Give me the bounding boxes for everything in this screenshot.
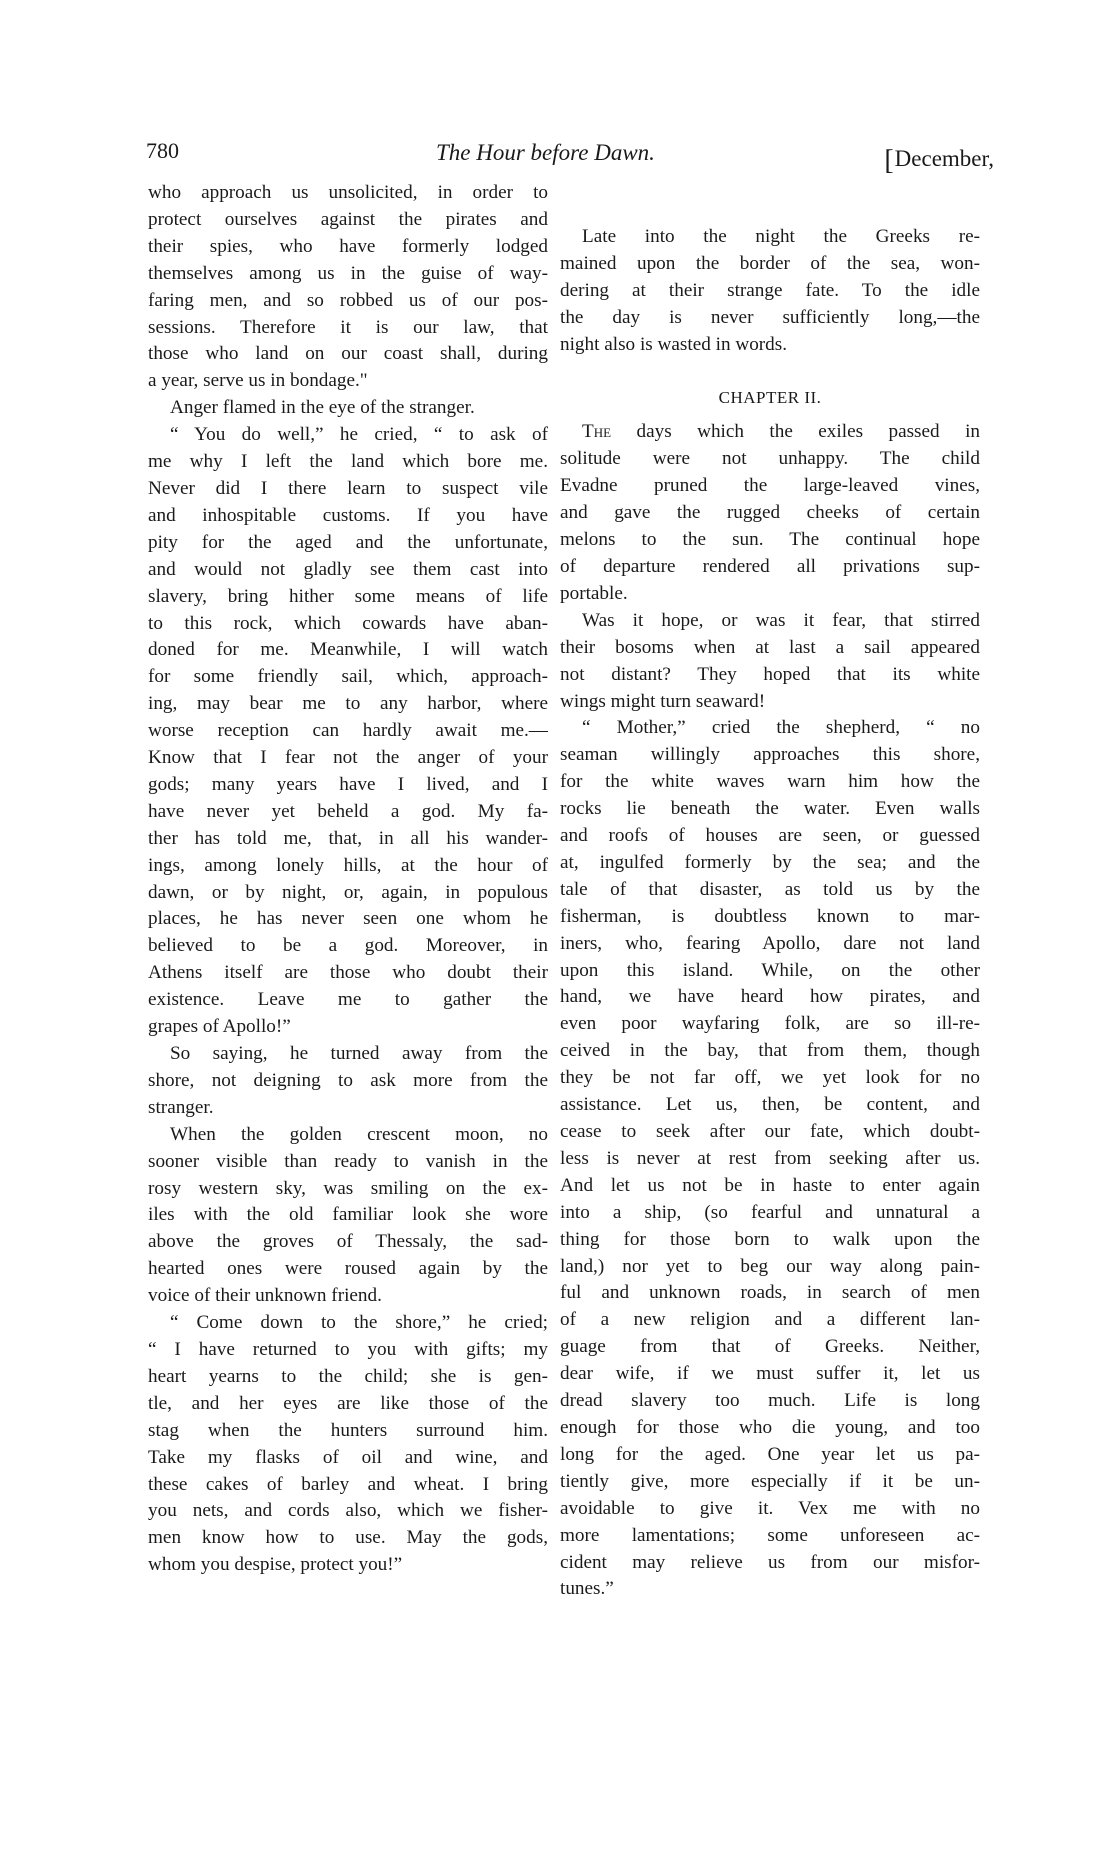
text-line: guage from that of Greeks. Neither,: [560, 1334, 980, 1361]
chapter-2-body: The days which the exiles passed insolit…: [560, 419, 980, 1603]
text-line: stranger.: [148, 1095, 548, 1122]
text-line: tle, and her eyes are like those of the: [148, 1391, 548, 1418]
document-page: 780 The Hour before Dawn. [December, who…: [0, 0, 1096, 1875]
text-line: ing, may bear me to any harbor, where: [148, 691, 548, 718]
text-line: cease to seek after our fate, which doub…: [560, 1119, 980, 1146]
text-line: “ You do well,” he cried, “ to ask of: [148, 422, 548, 449]
text-line: themselves among us in the guise of way-: [148, 261, 548, 288]
text-line: slavery, bring hither some means of life: [148, 584, 548, 611]
text-line: sooner visible than ready to vanish in t…: [148, 1149, 548, 1176]
text-line: ther has told me, that, in all his wande…: [148, 826, 548, 853]
text-line: land,) nor yet to beg our way along pain…: [560, 1254, 980, 1281]
text-line: Anger flamed in the eye of the stranger.: [148, 395, 548, 422]
text-line: doned for me. Meanwhile, I will watch: [148, 637, 548, 664]
text-line: voice of their unknown friend.: [148, 1283, 548, 1310]
text-line: avoidable to give it. Vex me with no: [560, 1496, 980, 1523]
running-header: 780 The Hour before Dawn. [December,: [146, 138, 994, 172]
text-line: at, ingulfed formerly by the sea; and th…: [560, 850, 980, 877]
issue-month: [December,: [884, 142, 994, 174]
text-line: tale of that disaster, as told us by the: [560, 877, 980, 904]
text-line: Know that I fear not the anger of your: [148, 745, 548, 772]
paragraph: “ Mother,” cried the shepherd, “ noseama…: [560, 715, 980, 1603]
text-line: rosy western sky, was smiling on the ex-: [148, 1176, 548, 1203]
text-line: places, he has never seen one whom he: [148, 906, 548, 933]
text-line: you nets, and cords also, which we fishe…: [148, 1498, 548, 1525]
text-line: to this rock, which cowards have aban-: [148, 611, 548, 638]
text-line: of departure rendered all privations sup…: [560, 554, 980, 581]
text-line: their spies, who have formerly lodged: [148, 234, 548, 261]
text-line: iners, who, fearing Apollo, dare not lan…: [560, 931, 980, 958]
text-line: seaman willingly approaches this shore,: [560, 742, 980, 769]
text-line: grapes of Apollo!”: [148, 1014, 548, 1041]
text-line: Never did I there learn to suspect vile: [148, 476, 548, 503]
text-line: not distant? They hoped that its white: [560, 662, 980, 689]
text-line: who approach us unsolicited, in order to: [148, 180, 548, 207]
text-line: they be not far off, we yet look for no: [560, 1065, 980, 1092]
text-line: dear wife, if we must suffer it, let us: [560, 1361, 980, 1388]
text-line: have never yet beheld a god. My fa-: [148, 799, 548, 826]
text-line: The days which the exiles passed in: [560, 419, 980, 446]
text-line: When the golden crescent moon, no: [148, 1122, 548, 1149]
paragraph: Was it hope, or was it fear, that stirre…: [560, 608, 980, 716]
text-line: Was it hope, or was it fear, that stirre…: [560, 608, 980, 635]
text-line: men know how to use. May the gods,: [148, 1525, 548, 1552]
text-line: wings might turn seaward!: [560, 689, 980, 716]
opening-word: The: [582, 421, 611, 442]
text-line: long for the aged. One year let us pa-: [560, 1442, 980, 1469]
paragraph: Late into the night the Greeks re-mained…: [560, 224, 980, 359]
text-line: Late into the night the Greeks re-: [560, 224, 980, 251]
text-line: heart yearns to the child; she is gen-: [148, 1364, 548, 1391]
text-line: portable.: [560, 581, 980, 608]
text-line: night also is wasted in words.: [560, 332, 980, 359]
text-line: tiently give, more especially if it be u…: [560, 1469, 980, 1496]
text-line: ings, among lonely hills, at the hour of: [148, 853, 548, 880]
text-line: for some friendly sail, which, approach-: [148, 664, 548, 691]
text-line: those who land on our coast shall, durin…: [148, 341, 548, 368]
closing-paragraph-chapter-1: Late into the night the Greeks re-mained…: [560, 224, 980, 359]
text-line: tunes.”: [560, 1576, 980, 1603]
month-label: December,: [895, 146, 994, 171]
text-line: existence. Leave me to gather the: [148, 987, 548, 1014]
text-line: Evadne pruned the large-leaved vines,: [560, 473, 980, 500]
text-line: “ I have returned to you with gifts; my: [148, 1337, 548, 1364]
bracket-glyph: [: [884, 145, 893, 176]
text-line: sessions. Therefore it is our law, that: [148, 315, 548, 342]
text-line: more lamentations; some unforeseen ac-: [560, 1523, 980, 1550]
text-line: solitude were not unhappy. The child: [560, 446, 980, 473]
right-column: Late into the night the Greeks re-mained…: [560, 224, 980, 1603]
text-line: their bosoms when at last a sail appeare…: [560, 635, 980, 662]
text-line: pity for the aged and the unfortunate,: [148, 530, 548, 557]
text-line: hearted ones were roused again by the: [148, 1256, 548, 1283]
text-line: and would not gladly see them cast into: [148, 557, 548, 584]
paragraph: Anger flamed in the eye of the stranger.: [148, 395, 548, 422]
text-line: upon this island. While, on the other: [560, 958, 980, 985]
text-line: iles with the old familiar look she wore: [148, 1202, 548, 1229]
text-line: a year, serve us in bondage.": [148, 368, 548, 395]
text-line: fisherman, is doubtless known to mar-: [560, 904, 980, 931]
paragraph: When the golden crescent moon, nosooner …: [148, 1122, 548, 1310]
text-line: faring men, and so robbed us of our pos-: [148, 288, 548, 315]
left-column: who approach us unsolicited, in order to…: [148, 180, 548, 1579]
text-line: these cakes of barley and wheat. I bring: [148, 1472, 548, 1499]
text-line: and roofs of houses are seen, or guessed: [560, 823, 980, 850]
paragraph: “ You do well,” he cried, “ to ask ofme …: [148, 422, 548, 1041]
text-line: worse reception can hardly await me.—: [148, 718, 548, 745]
running-title: The Hour before Dawn.: [436, 140, 655, 166]
text-line: stag when the hunters surround him.: [148, 1418, 548, 1445]
text-line: of a new religion and a different lan-: [560, 1307, 980, 1334]
text-line: Athens itself are those who doubt their: [148, 960, 548, 987]
text-line: hand, we have heard how pirates, and: [560, 984, 980, 1011]
text-line: mained upon the border of the sea, won-: [560, 251, 980, 278]
text-line: ceived in the bay, that from them, thoug…: [560, 1038, 980, 1065]
text-line: “ Mother,” cried the shepherd, “ no: [560, 715, 980, 742]
text-line: into a ship, (so fearful and unnatural a: [560, 1200, 980, 1227]
text-line: Take my flasks of oil and wine, and: [148, 1445, 548, 1472]
text-line: above the groves of Thessaly, the sad-: [148, 1229, 548, 1256]
text-line: whom you despise, protect you!”: [148, 1552, 548, 1579]
text-line: So saying, he turned away from the: [148, 1041, 548, 1068]
text-line: believed to be a god. Moreover, in: [148, 933, 548, 960]
page-number: 780: [146, 138, 179, 164]
paragraph: “ Come down to the shore,” he cried;“ I …: [148, 1310, 548, 1579]
text-line: rocks lie beneath the water. Even walls: [560, 796, 980, 823]
text-line: for the white waves warn him how the: [560, 769, 980, 796]
paragraph: The days which the exiles passed insolit…: [560, 419, 980, 607]
text-line: even poor wayfaring folk, are so ill-re-: [560, 1011, 980, 1038]
text-line: dering at their strange fate. To the idl…: [560, 278, 980, 305]
text-line: And let us not be in haste to enter agai…: [560, 1173, 980, 1200]
text-line: less is never at rest from seeking after…: [560, 1146, 980, 1173]
paragraph: So saying, he turned away from theshore,…: [148, 1041, 548, 1122]
text-line: protect ourselves against the pirates an…: [148, 207, 548, 234]
text-line: thing for those born to walk upon the: [560, 1227, 980, 1254]
text-line: “ Come down to the shore,” he cried;: [148, 1310, 548, 1337]
text-line: the day is never sufficiently long,—the: [560, 305, 980, 332]
paragraph: who approach us unsolicited, in order to…: [148, 180, 548, 395]
text-line: ful and unknown roads, in search of men: [560, 1280, 980, 1307]
text-line: gods; many years have I lived, and I: [148, 772, 548, 799]
text-line: and inhospitable customs. If you have: [148, 503, 548, 530]
chapter-heading: CHAPTER II.: [560, 385, 980, 412]
text-line: and gave the rugged cheeks of certain: [560, 500, 980, 527]
text-line: enough for those who die young, and too: [560, 1415, 980, 1442]
text-line: dawn, or by night, or, again, in populou…: [148, 880, 548, 907]
text-line: shore, not deigning to ask more from the: [148, 1068, 548, 1095]
text-line: dread slavery too much. Life is long: [560, 1388, 980, 1415]
text-line: melons to the sun. The continual hope: [560, 527, 980, 554]
text-line: cident may relieve us from our misfor-: [560, 1550, 980, 1577]
text-line: assistance. Let us, then, be content, an…: [560, 1092, 980, 1119]
text-line: me why I left the land which bore me.: [148, 449, 548, 476]
